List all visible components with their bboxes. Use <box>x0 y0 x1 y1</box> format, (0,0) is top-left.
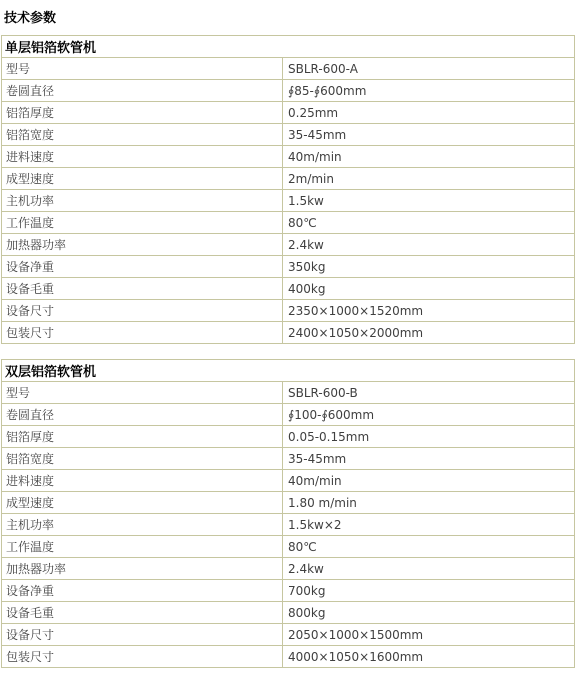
spec-value: 350kg <box>283 256 575 278</box>
table-section-header-row: 单层铝箔软管机 <box>2 36 575 58</box>
spec-label: 进料速度 <box>2 470 283 492</box>
table-row: 工作温度 80℃ <box>2 536 575 558</box>
spec-page: 技术参数 单层铝箔软管机 型号 SBLR-600-A 卷圆直径 ∮85-∮600… <box>0 0 577 668</box>
spec-value: 800kg <box>283 602 575 624</box>
table-section-header-row: 双层铝箔软管机 <box>2 360 575 382</box>
table-row: 铝箔厚度 0.25mm <box>2 102 575 124</box>
page-title: 技术参数 <box>0 0 577 35</box>
table-row: 加热器功率 2.4kw <box>2 558 575 580</box>
spec-label: 包装尺寸 <box>2 646 283 668</box>
table-row: 加热器功率 2.4kw <box>2 234 575 256</box>
table-row: 型号 SBLR-600-A <box>2 58 575 80</box>
spec-value: 2400×1050×2000mm <box>283 322 575 344</box>
spec-value: ∮100-∮600mm <box>283 404 575 426</box>
spec-value: ∮85-∮600mm <box>283 80 575 102</box>
spec-label: 设备净重 <box>2 256 283 278</box>
table-row: 铝箔宽度 35-45mm <box>2 448 575 470</box>
spec-value: 2m/min <box>283 168 575 190</box>
spec-label: 设备尺寸 <box>2 624 283 646</box>
spec-value: 0.05-0.15mm <box>283 426 575 448</box>
spec-label: 加热器功率 <box>2 234 283 256</box>
spec-label: 成型速度 <box>2 492 283 514</box>
table-row: 包装尺寸 2400×1050×2000mm <box>2 322 575 344</box>
spec-label: 工作温度 <box>2 536 283 558</box>
table-row: 成型速度 1.80 m/min <box>2 492 575 514</box>
table-row: 设备毛重 400kg <box>2 278 575 300</box>
single-layer-spec-table: 单层铝箔软管机 型号 SBLR-600-A 卷圆直径 ∮85-∮600mm 铝箔… <box>1 35 575 344</box>
table-row: 设备净重 700kg <box>2 580 575 602</box>
spec-label: 工作温度 <box>2 212 283 234</box>
spec-value: 1.5kw×2 <box>283 514 575 536</box>
spec-value: SBLR-600-A <box>283 58 575 80</box>
spec-value: 2350×1000×1520mm <box>283 300 575 322</box>
spec-label: 设备净重 <box>2 580 283 602</box>
spec-value: 1.5kw <box>283 190 575 212</box>
table-row: 主机功率 1.5kw×2 <box>2 514 575 536</box>
spec-value: 0.25mm <box>283 102 575 124</box>
spec-label: 主机功率 <box>2 190 283 212</box>
spec-value: 1.80 m/min <box>283 492 575 514</box>
spec-value: 2.4kw <box>283 558 575 580</box>
table-row: 进料速度 40m/min <box>2 146 575 168</box>
spec-label: 主机功率 <box>2 514 283 536</box>
spec-label: 成型速度 <box>2 168 283 190</box>
spec-value: 4000×1050×1600mm <box>283 646 575 668</box>
table-row: 包装尺寸 4000×1050×1600mm <box>2 646 575 668</box>
spec-label: 铝箔厚度 <box>2 102 283 124</box>
table-row: 设备尺寸 2350×1000×1520mm <box>2 300 575 322</box>
table-row: 卷圆直径 ∮85-∮600mm <box>2 80 575 102</box>
spec-label: 设备尺寸 <box>2 300 283 322</box>
spec-label: 进料速度 <box>2 146 283 168</box>
spec-value: 40m/min <box>283 146 575 168</box>
spec-label: 铝箔厚度 <box>2 426 283 448</box>
table-row: 进料速度 40m/min <box>2 470 575 492</box>
spec-value: 80℃ <box>283 536 575 558</box>
spec-label: 卷圆直径 <box>2 404 283 426</box>
table-row: 型号 SBLR-600-B <box>2 382 575 404</box>
table-row: 设备净重 350kg <box>2 256 575 278</box>
spec-label: 铝箔宽度 <box>2 448 283 470</box>
spec-value: 700kg <box>283 580 575 602</box>
table-row: 卷圆直径 ∮100-∮600mm <box>2 404 575 426</box>
spec-label: 型号 <box>2 58 283 80</box>
table-section-header: 双层铝箔软管机 <box>2 360 575 382</box>
spec-label: 设备毛重 <box>2 278 283 300</box>
spec-label: 型号 <box>2 382 283 404</box>
spec-label: 加热器功率 <box>2 558 283 580</box>
double-layer-spec-table: 双层铝箔软管机 型号 SBLR-600-B 卷圆直径 ∮100-∮600mm 铝… <box>1 359 575 668</box>
table-row: 主机功率 1.5kw <box>2 190 575 212</box>
spec-value: 400kg <box>283 278 575 300</box>
table-row: 铝箔厚度 0.05-0.15mm <box>2 426 575 448</box>
spec-label: 设备毛重 <box>2 602 283 624</box>
spec-value: 35-45mm <box>283 124 575 146</box>
spec-value: 35-45mm <box>283 448 575 470</box>
table-section-header: 单层铝箔软管机 <box>2 36 575 58</box>
spec-value: 40m/min <box>283 470 575 492</box>
spec-label: 卷圆直径 <box>2 80 283 102</box>
table-row: 设备毛重 800kg <box>2 602 575 624</box>
table-row: 设备尺寸 2050×1000×1500mm <box>2 624 575 646</box>
spec-value: 2.4kw <box>283 234 575 256</box>
spec-label: 铝箔宽度 <box>2 124 283 146</box>
table-row: 工作温度 80℃ <box>2 212 575 234</box>
spec-label: 包装尺寸 <box>2 322 283 344</box>
table-row: 铝箔宽度 35-45mm <box>2 124 575 146</box>
spec-value: 2050×1000×1500mm <box>283 624 575 646</box>
spec-value: 80℃ <box>283 212 575 234</box>
spec-value: SBLR-600-B <box>283 382 575 404</box>
table-row: 成型速度 2m/min <box>2 168 575 190</box>
